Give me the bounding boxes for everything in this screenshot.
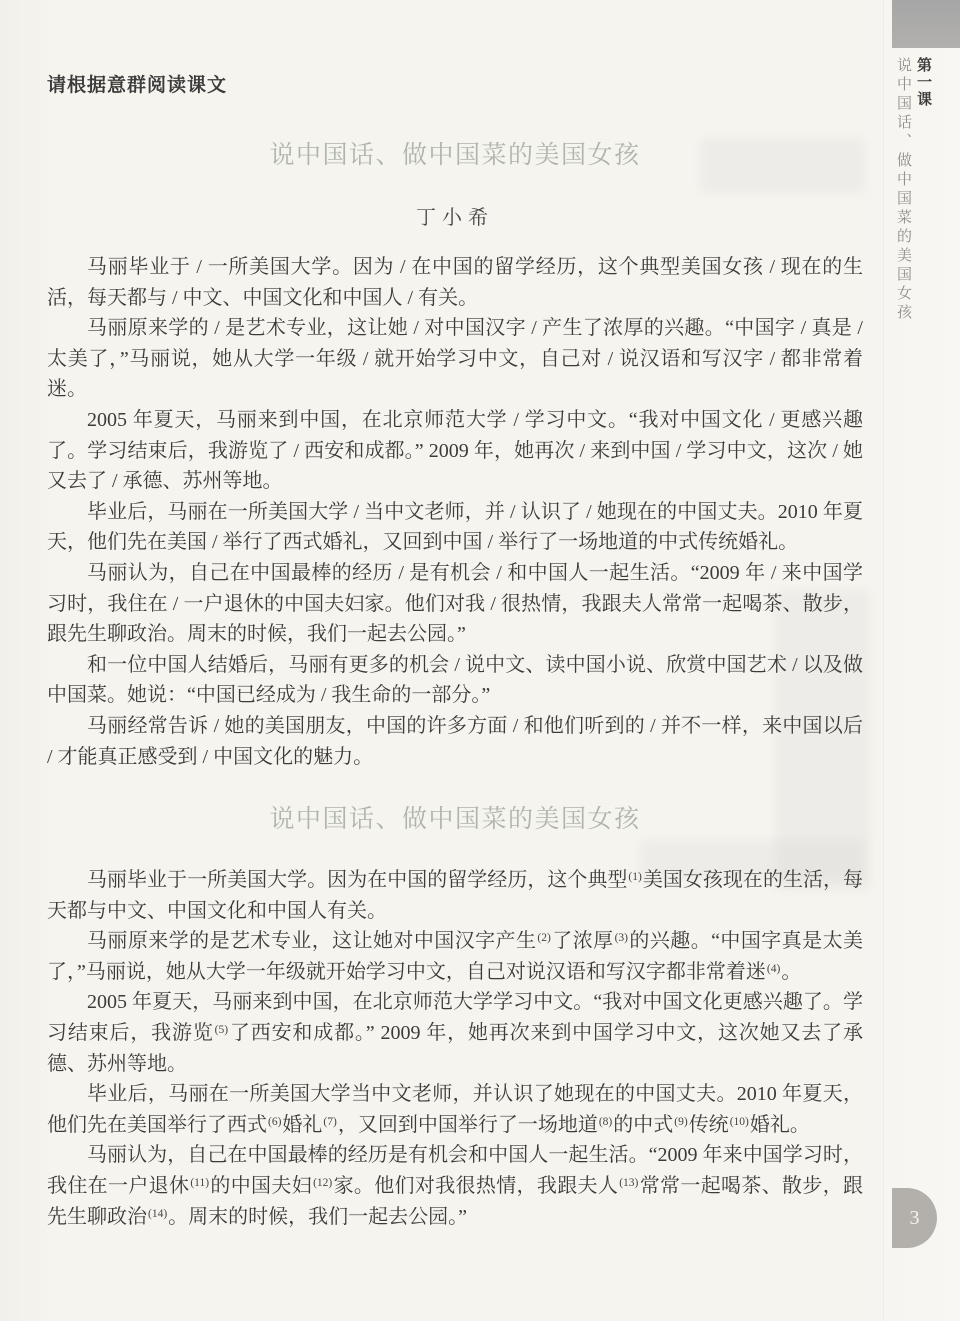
footnote-marker: (14) bbox=[147, 1208, 168, 1220]
author-name: 丁小希 bbox=[47, 201, 863, 230]
footnote-marker: (9) bbox=[673, 1116, 688, 1128]
reading-instruction: 请根据意群阅读课文 bbox=[47, 70, 227, 97]
page-number: 3 bbox=[910, 1207, 920, 1230]
section2-title: 说中国话、做中国菜的美国女孩 bbox=[47, 799, 863, 835]
paragraph: 毕业后，马丽在一所美国大学 / 当中文老师，并 / 认识了 / 她现在的中国丈夫… bbox=[47, 497, 863, 558]
page-number-badge: 3 bbox=[892, 1188, 937, 1248]
paragraph: 马丽认为，自己在中国最棒的经历是有机会和中国人一起生活。“2009 年来中国学习… bbox=[47, 1140, 863, 1232]
paragraph: 马丽毕业于 / 一所美国大学。因为 / 在中国的留学经历，这个典型美国女孩 / … bbox=[47, 252, 863, 313]
footnote-marker: (12) bbox=[312, 1177, 333, 1189]
footnote-marker: (6) bbox=[267, 1116, 282, 1128]
footnote-marker: (4) bbox=[766, 963, 781, 975]
paragraph: 和一位中国人结婚后，马丽有更多的机会 / 说中文、读中国小说、欣赏中国艺术 / … bbox=[47, 650, 863, 711]
section1-paragraphs: 马丽毕业于 / 一所美国大学。因为 / 在中国的留学经历，这个典型美国女孩 / … bbox=[47, 252, 863, 772]
footnote-marker: (7) bbox=[322, 1116, 337, 1128]
footnote-marker: (2) bbox=[536, 932, 551, 944]
page-edge-sidebar: 第一课 说中国话、做中国菜的美国女孩 3 bbox=[883, 0, 960, 1321]
paragraph: 马丽经常告诉 / 她的美国朋友，中国的许多方面 / 和他们听到的 / 并不一样，… bbox=[47, 711, 863, 772]
footnote-marker: (8) bbox=[598, 1116, 613, 1128]
paragraph: 毕业后，马丽在一所美国大学当中文老师，并认识了她现在的中国丈夫。2010 年夏天… bbox=[47, 1079, 863, 1140]
footnote-marker: (10) bbox=[729, 1116, 750, 1128]
lesson-number-tab: 第一课 bbox=[913, 57, 934, 108]
lesson-title-vertical: 说中国话、做中国菜的美国女孩 bbox=[893, 57, 914, 347]
paragraph: 马丽原来学的 / 是艺术专业，这让她 / 对中国汉字 / 产生了浓厚的兴趣。“中… bbox=[47, 313, 863, 405]
paragraph: 马丽原来学的是艺术专业，这让她对中国汉字产生(2)了浓厚(3)的兴趣。“中国字真… bbox=[47, 926, 863, 987]
footnote-marker: (3) bbox=[614, 932, 629, 944]
paragraph: 2005 年夏天，马丽来到中国，在北京师范大学学习中文。“我对中国文化更感兴趣了… bbox=[47, 987, 863, 1079]
footnote-marker: (5) bbox=[214, 1024, 229, 1036]
footnote-marker: (13) bbox=[618, 1177, 639, 1189]
section2-paragraphs: 马丽毕业于一所美国大学。因为在中国的留学经历，这个典型(1)美国女孩现在的生活，… bbox=[47, 865, 863, 1232]
section1-title: 说中国话、做中国菜的美国女孩 bbox=[47, 135, 863, 171]
paragraph: 2005 年夏天，马丽来到中国，在北京师范大学 / 学习中文。“我对中国文化 /… bbox=[47, 405, 863, 497]
corner-gray-block bbox=[892, 0, 960, 48]
scanned-textbook-page: 请根据意群阅读课文 说中国话、做中国菜的美国女孩 丁小希 马丽毕业于 / 一所美… bbox=[0, 0, 960, 1321]
paragraph: 马丽认为，自己在中国最棒的经历 / 是有机会 / 和中国人一起生活。“2009 … bbox=[47, 558, 863, 650]
footnote-marker: (1) bbox=[627, 871, 642, 883]
footnote-marker: (11) bbox=[189, 1177, 210, 1189]
paragraph: 马丽毕业于一所美国大学。因为在中国的留学经历，这个典型(1)美国女孩现在的生活，… bbox=[47, 865, 863, 926]
